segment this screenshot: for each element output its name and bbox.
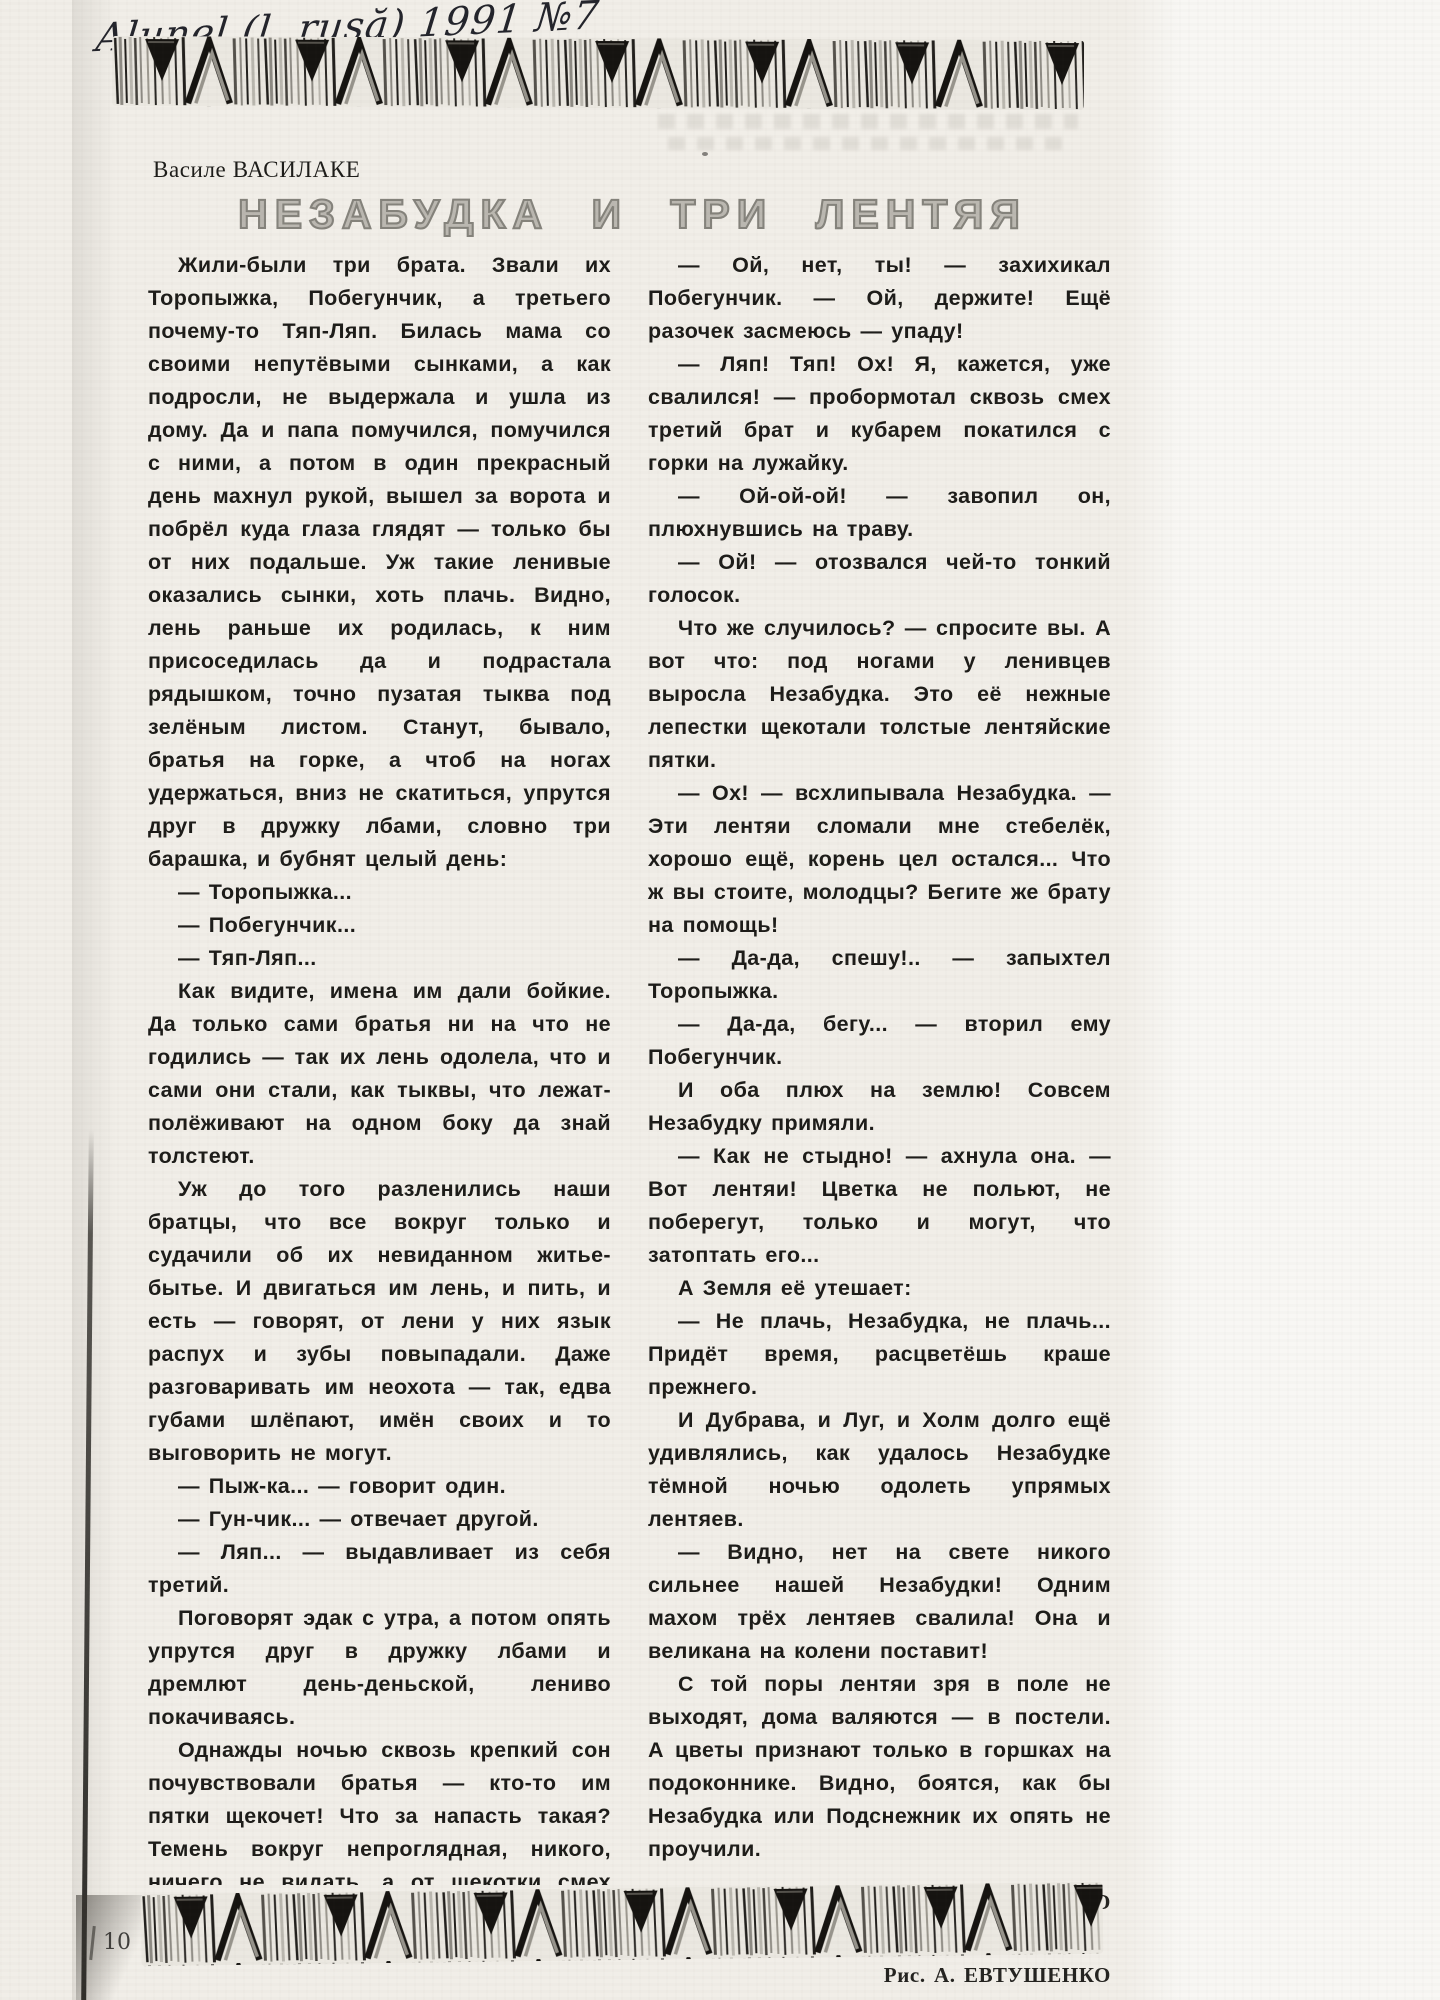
story-paragraph: — Побегунчик... bbox=[148, 909, 611, 942]
story-paragraph: — Ляп... — выдавливает из себя третий. bbox=[148, 1536, 611, 1602]
story-paragraph: — Как не стыдно! — ахнула она. — Вот лен… bbox=[648, 1140, 1111, 1272]
story-paragraph: Как видите, имена им дали бойкие. Да тол… bbox=[148, 975, 611, 1173]
scanned-magazine-page: Alunel (l. rusă) 1991 №7 Василе ВАСИЛАКЕ… bbox=[0, 0, 1440, 2000]
story-paragraph: — Да-да, спешу!.. — запыхтел Торопыжка. bbox=[648, 942, 1111, 1008]
page-number: 10 bbox=[103, 1930, 131, 1955]
story-paragraph: А Земля её утешает: bbox=[648, 1272, 1111, 1305]
story-paragraph: — Ох! — всхлипывала Незабудка. — Эти лен… bbox=[648, 777, 1111, 942]
story-paragraph: — Торопыжка... bbox=[148, 876, 611, 909]
story-paragraph: — Ой, нет, ты! — захихикал Побегунчик. —… bbox=[648, 249, 1111, 348]
story-paragraph: — Ляп! Тяп! Ох! Я, кажется, уже свалился… bbox=[648, 348, 1111, 480]
story-paragraph: — Ой-ой-ой! — завопил он, плюхнувшись на… bbox=[648, 480, 1111, 546]
top-ornament-band bbox=[112, 36, 1084, 110]
story-paragraph: Поговорят эдак с утра, а потом опять упр… bbox=[148, 1602, 611, 1734]
author-byline: Василе ВАСИЛАКЕ bbox=[153, 157, 360, 183]
illustrator-credit: Рис. А. ЕВТУШЕНКО bbox=[648, 1959, 1111, 1992]
bleed-through-ghost-text bbox=[658, 114, 1078, 129]
story-paragraph: — Да-да, бегу... — вторил ему Побегунчик… bbox=[648, 1008, 1111, 1074]
story-paragraph: Что же случилось? — спросите вы. А вот ч… bbox=[648, 612, 1111, 777]
story-title: НЕЗАБУДКА И ТРИ ЛЕНТЯЯ bbox=[150, 191, 1115, 238]
story-paragraph: — Тяп-Ляп... bbox=[148, 942, 611, 975]
story-paragraph: Однажды ночью сквозь крепкий сон почувст… bbox=[148, 1734, 611, 1885]
story-paragraph: — Не плачь, Незабудка, не плачь... Придё… bbox=[648, 1305, 1111, 1404]
bottom-ornament-band bbox=[141, 1882, 1104, 1967]
story-paragraph: И оба плюх на землю! Совсем Незабудку пр… bbox=[648, 1074, 1111, 1140]
story-paragraph: — Видно, нет на свете никого сильнее наш… bbox=[648, 1536, 1111, 1668]
story-paragraph: — Пыж-ка... — говорит один. bbox=[148, 1470, 611, 1503]
story-column-right-paragraphs: — Ой, нет, ты! — захихикал Побегунчик. —… bbox=[648, 249, 1111, 1866]
story-column-left: Жили-были три брата. Звали их Торопыжка,… bbox=[148, 249, 611, 1885]
story-paragraph: И Дубрава, и Луг, и Холм долго ещё удивл… bbox=[648, 1404, 1111, 1536]
story-paragraph: — Гун-чик... — отвечает другой. bbox=[148, 1503, 611, 1536]
story-paragraph: Уж до того разленились наши братцы, что … bbox=[148, 1173, 611, 1470]
bleed-through-ghost-text bbox=[668, 137, 1068, 150]
story-paragraph: — Ой! — отозвался чей-то тонкий голосок. bbox=[648, 546, 1111, 612]
ink-speck bbox=[702, 152, 708, 156]
scan-left-margin-shade bbox=[72, 0, 116, 2000]
story-paragraph: С той поры лентяи зря в поле не выходят,… bbox=[648, 1668, 1111, 1866]
story-column-right: — Ой, нет, ты! — захихикал Побегунчик. —… bbox=[648, 249, 1111, 1992]
story-paragraph: Жили-были три брата. Звали их Торопыжка,… bbox=[148, 249, 611, 876]
